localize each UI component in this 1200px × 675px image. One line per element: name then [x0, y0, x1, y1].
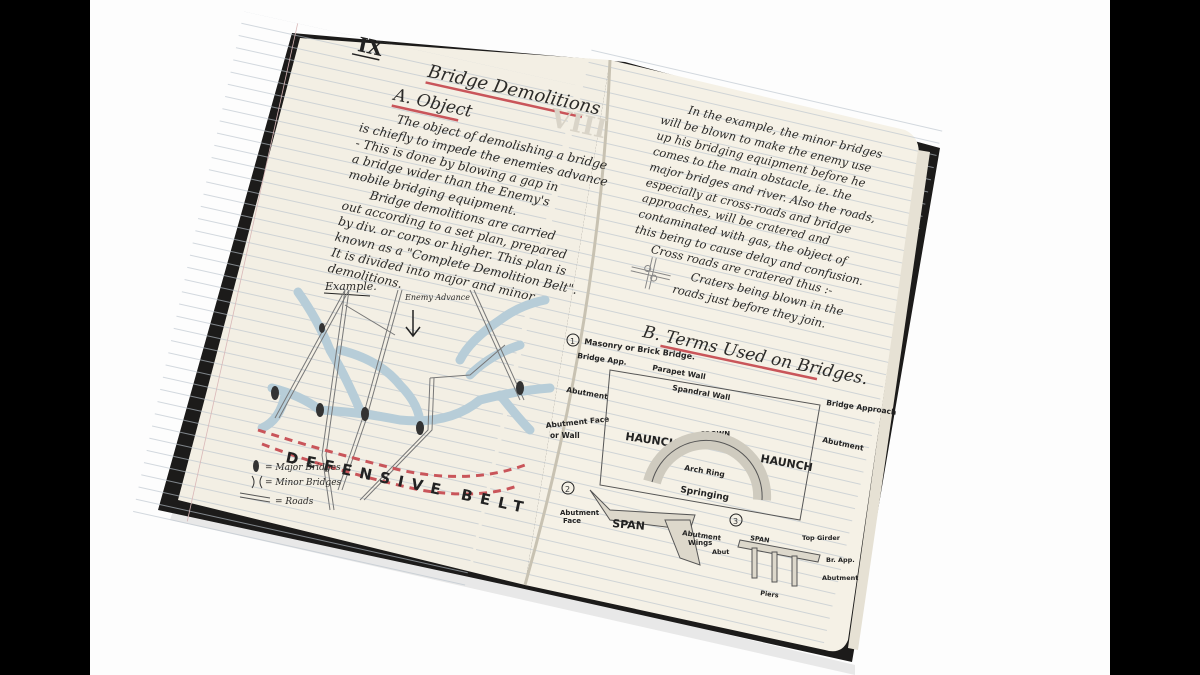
svg-text:Abut: Abut — [712, 548, 729, 556]
svg-text:3: 3 — [733, 517, 738, 526]
photo-backdrop: IX Bridge Demolitions A. Object The obje… — [90, 0, 1110, 675]
svg-text:Face: Face — [563, 517, 581, 525]
svg-text:Abutment: Abutment — [560, 509, 600, 517]
svg-text:2: 2 — [565, 485, 570, 494]
enemy-advance-label: Enemy Advance — [404, 293, 470, 302]
example-label: Example. — [324, 280, 377, 293]
svg-text:Top Girder: Top Girder — [802, 534, 841, 542]
svg-text:Abutment: Abutment — [822, 574, 858, 582]
svg-text:= Roads: = Roads — [275, 497, 314, 507]
svg-text:= Minor Bridges: = Minor Bridges — [265, 478, 342, 488]
svg-text:Br. App.: Br. App. — [826, 556, 855, 564]
svg-text:1: 1 — [570, 337, 575, 346]
notebook-photo: IX Bridge Demolitions A. Object The obje… — [90, 0, 1110, 675]
major-bridge-icon — [253, 460, 259, 472]
svg-text:= Major Bridges: = Major Bridges — [265, 463, 341, 473]
svg-text:or Wall: or Wall — [550, 431, 580, 440]
svg-text:Wings: Wings — [688, 539, 712, 547]
